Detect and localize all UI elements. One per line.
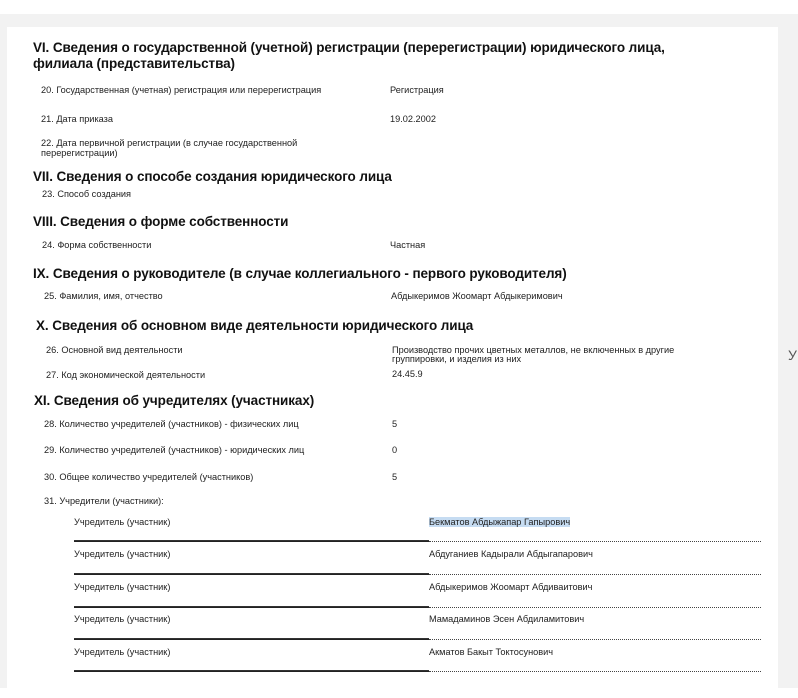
field-27-label: 27. Код экономической деятельности bbox=[46, 370, 205, 380]
field-26-label: 26. Основной вид деятельности bbox=[46, 345, 183, 355]
founder-5-underline-solid bbox=[74, 670, 429, 672]
field-24-value: Частная bbox=[390, 240, 425, 250]
founder-4-underline-solid bbox=[74, 638, 429, 640]
field-27-value: 24.45.9 bbox=[392, 369, 423, 379]
founder-5-label: Учредитель (участник) bbox=[74, 647, 170, 657]
founder-2-underline-dotted bbox=[429, 574, 761, 575]
founder-1-underline-dotted bbox=[429, 541, 761, 542]
field-25-value: Абдыкеримов Жоомарт Абдыкеримович bbox=[391, 291, 563, 301]
founder-3-label: Учредитель (участник) bbox=[74, 582, 170, 592]
section-6-title-line2: филиала (представительства) bbox=[33, 56, 235, 71]
founder-1-name[interactable]: Бекматов Абдыжапар Гапырович bbox=[429, 517, 570, 527]
founder-5-name: Акматов Бакыт Токтосунович bbox=[429, 647, 553, 657]
founder-1-label: Учредитель (участник) bbox=[74, 517, 170, 527]
founder-5-underline-dotted bbox=[429, 671, 761, 672]
field-20-label: 20. Государственная (учетная) регистраци… bbox=[41, 85, 321, 95]
field-30-value: 5 bbox=[392, 472, 397, 482]
field-28-label: 28. Количество учредителей (участников) … bbox=[44, 419, 299, 429]
field-25-label: 25. Фамилия, имя, отчество bbox=[44, 291, 163, 301]
field-31-label: 31. Учредители (участники): bbox=[44, 496, 164, 506]
section-10-title: X. Сведения об основном виде деятельност… bbox=[36, 318, 473, 333]
field-24-label: 24. Форма собственности bbox=[42, 240, 151, 250]
section-6-title-line1: VI. Сведения о государственной (учетной)… bbox=[33, 40, 665, 55]
founder-1-underline-solid bbox=[74, 540, 429, 542]
field-29-value: 0 bbox=[392, 445, 397, 455]
section-11-title: XI. Сведения об учредителях (участниках) bbox=[34, 393, 314, 408]
field-20-value: Регистрация bbox=[390, 85, 444, 95]
field-22-label-line1: 22. Дата первичной регистрации (в случае… bbox=[41, 138, 297, 148]
adjacent-page-text-fragment: У bbox=[788, 347, 797, 363]
field-30-label: 30. Общее количество учредителей (участн… bbox=[44, 472, 253, 482]
field-21-label: 21. Дата приказа bbox=[41, 114, 113, 124]
section-8-title: VIII. Сведения о форме собственности bbox=[33, 214, 288, 229]
founder-3-underline-solid bbox=[74, 606, 429, 608]
founder-2-underline-solid bbox=[74, 573, 429, 575]
founder-2-label: Учредитель (участник) bbox=[74, 549, 170, 559]
section-9-title: IX. Сведения о руководителе (в случае ко… bbox=[33, 266, 567, 281]
founder-3-underline-dotted bbox=[429, 607, 761, 608]
field-23-label: 23. Способ создания bbox=[42, 189, 131, 199]
founder-4-label: Учредитель (участник) bbox=[74, 614, 170, 624]
section-7-title: VII. Сведения о способе создания юридиче… bbox=[33, 169, 392, 184]
founder-4-name: Мамадаминов Эсен Абдиламитович bbox=[429, 614, 584, 624]
field-26-value-line2: группировки, и изделия из них bbox=[392, 354, 521, 364]
field-29-label: 29. Количество учредителей (участников) … bbox=[44, 445, 304, 455]
founder-3-name: Абдыкеримов Жоомарт Абдиваитович bbox=[429, 582, 592, 592]
founder-1-name-selected[interactable]: Бекматов Абдыжапар Гапырович bbox=[429, 517, 570, 527]
bottom-strip bbox=[0, 688, 798, 698]
field-21-value: 19.02.2002 bbox=[390, 114, 436, 124]
founder-2-name: Абдуганиев Кадырали Абдыгапарович bbox=[429, 549, 593, 559]
document-page: VI. Сведения о государственной (учетной)… bbox=[7, 27, 778, 688]
founder-4-underline-dotted bbox=[429, 639, 761, 640]
field-28-value: 5 bbox=[392, 419, 397, 429]
field-22-label-line2: перерегистрации) bbox=[41, 148, 118, 158]
